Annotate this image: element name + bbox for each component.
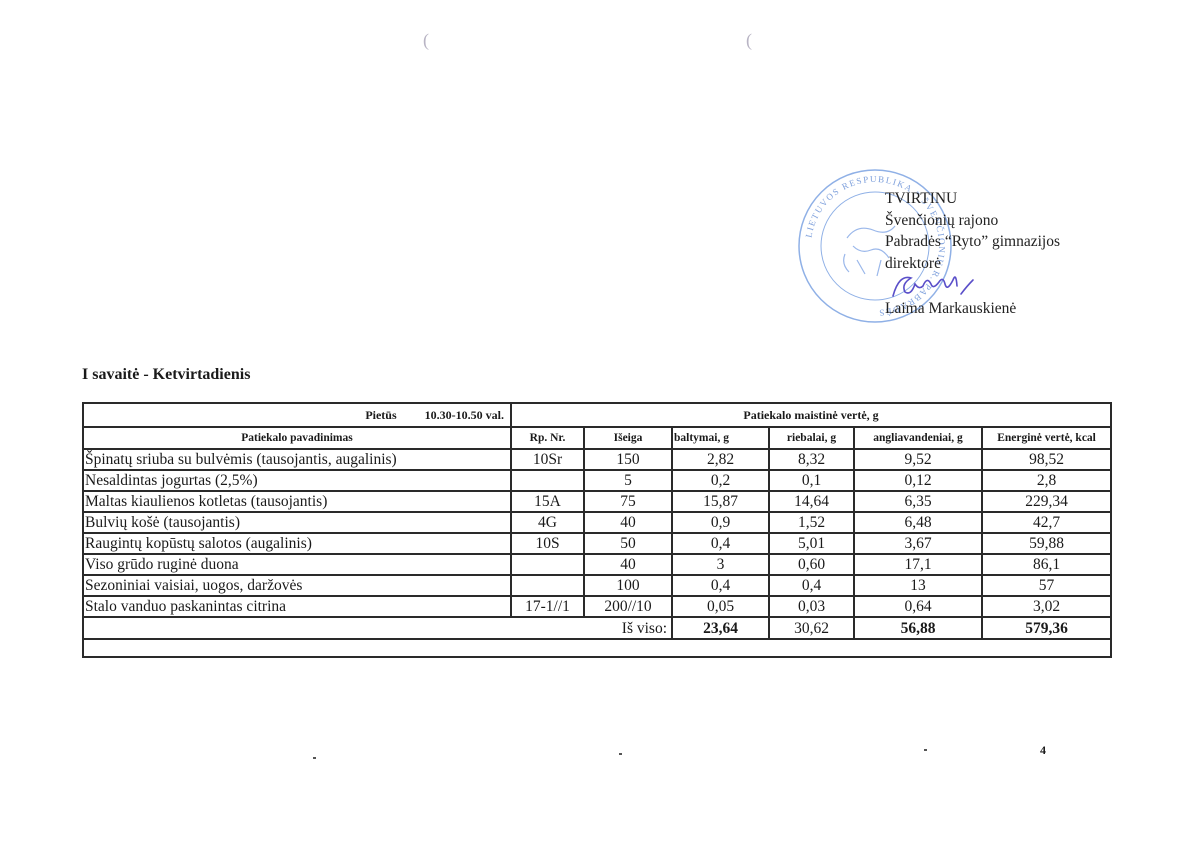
cell-energija: 57 — [982, 575, 1111, 596]
table-row: Nesaldintas jogurtas (2,5%)50,20,10,122,… — [83, 470, 1111, 491]
table-footer-cell — [83, 639, 1111, 657]
cell-energija: 59,88 — [982, 533, 1111, 554]
stray-mark: ( — [746, 30, 752, 51]
dish-name: Raugintų kopūstų salotos (augalinis) — [83, 533, 511, 554]
total-label: Iš viso: — [83, 617, 672, 639]
cell-riebalai: 0,4 — [769, 575, 854, 596]
dish-name: Nesaldintas jogurtas (2,5%) — [83, 470, 511, 491]
dish-name: Bulvių košė (tausojantis) — [83, 512, 511, 533]
total-baltymai: 23,64 — [672, 617, 769, 639]
cell-rp — [511, 470, 584, 491]
cell-angliavandeniai: 13 — [854, 575, 982, 596]
cell-iseiga: 100 — [584, 575, 672, 596]
page-number: 4 — [1040, 743, 1046, 758]
cell-iseiga: 50 — [584, 533, 672, 554]
dish-name: Stalo vanduo paskanintas citrina — [83, 596, 511, 617]
cell-rp: 17-1//1 — [511, 596, 584, 617]
cell-rp — [511, 575, 584, 596]
cell-baltymai: 15,87 — [672, 491, 769, 512]
cell-riebalai: 0,03 — [769, 596, 854, 617]
cell-riebalai: 5,01 — [769, 533, 854, 554]
col-header-iseiga: Išeiga — [584, 427, 672, 449]
cell-riebalai: 0,60 — [769, 554, 854, 575]
cell-rp: 15A — [511, 491, 584, 512]
cell-angliavandeniai: 17,1 — [854, 554, 982, 575]
cell-baltymai: 0,05 — [672, 596, 769, 617]
cell-baltymai: 2,82 — [672, 449, 769, 470]
total-angliavandeniai: 56,88 — [854, 617, 982, 639]
scan-speck — [619, 753, 622, 755]
cell-baltymai: 0,4 — [672, 533, 769, 554]
scan-speck — [924, 749, 927, 751]
dish-name: Špinatų sriuba su bulvėmis (tausojantis,… — [83, 449, 511, 470]
cell-energija: 229,34 — [982, 491, 1111, 512]
cell-angliavandeniai: 0,64 — [854, 596, 982, 617]
col-header-rp: Rp. Nr. — [511, 427, 584, 449]
cell-baltymai: 3 — [672, 554, 769, 575]
table-row: Bulvių košė (tausojantis)4G400,91,526,48… — [83, 512, 1111, 533]
cell-energija: 98,52 — [982, 449, 1111, 470]
cell-iseiga: 5 — [584, 470, 672, 491]
cell-rp: 4G — [511, 512, 584, 533]
cell-angliavandeniai: 0,12 — [854, 470, 982, 491]
meal-label: Pietūs — [365, 408, 396, 422]
col-header-angliavandeniai: angliavandeniai, g — [854, 427, 982, 449]
meal-header: Pietūs10.30-10.50 val. — [83, 403, 511, 427]
table-footer-row — [83, 639, 1111, 657]
approval-line: Pabradės “Ryto” gimnazijos — [885, 231, 1060, 253]
cell-angliavandeniai: 6,35 — [854, 491, 982, 512]
cell-iseiga: 75 — [584, 491, 672, 512]
approval-line: Švenčionių rajono — [885, 210, 1060, 232]
cell-riebalai: 14,64 — [769, 491, 854, 512]
cell-angliavandeniai: 6,48 — [854, 512, 982, 533]
cell-rp: 10S — [511, 533, 584, 554]
cell-rp — [511, 554, 584, 575]
cell-energija: 86,1 — [982, 554, 1111, 575]
cell-rp: 10Sr — [511, 449, 584, 470]
stray-mark: ( — [423, 30, 429, 51]
cell-iseiga: 150 — [584, 449, 672, 470]
table-row: Špinatų sriuba su bulvėmis (tausojantis,… — [83, 449, 1111, 470]
approval-line: TVIRTINU — [885, 188, 1060, 210]
total-energija: 579,36 — [982, 617, 1111, 639]
cell-energija: 3,02 — [982, 596, 1111, 617]
signature — [885, 274, 1060, 298]
cell-riebalai: 0,1 — [769, 470, 854, 491]
meal-time: 10.30-10.50 val. — [425, 408, 504, 422]
cell-riebalai: 8,32 — [769, 449, 854, 470]
cell-iseiga: 200//10 — [584, 596, 672, 617]
table-header-row: Patiekalo pavadinimas Rp. Nr. Išeiga bal… — [83, 427, 1111, 449]
dish-name: Maltas kiaulienos kotletas (tausojantis) — [83, 491, 511, 512]
page-title: I savaitė - Ketvirtadienis — [82, 366, 250, 384]
cell-baltymai: 0,2 — [672, 470, 769, 491]
col-header-name: Patiekalo pavadinimas — [83, 427, 511, 449]
col-header-baltymai: baltymai, g — [672, 427, 769, 449]
cell-angliavandeniai: 9,52 — [854, 449, 982, 470]
cell-energija: 42,7 — [982, 512, 1111, 533]
col-header-riebalai: riebalai, g — [769, 427, 854, 449]
col-header-energija: Energinė vertė, kcal — [982, 427, 1111, 449]
approval-block: TVIRTINU Švenčionių rajono Pabradės “Ryt… — [885, 188, 1060, 320]
cell-baltymai: 0,4 — [672, 575, 769, 596]
table-row: Viso grūdo ruginė duona4030,6017,186,1 — [83, 554, 1111, 575]
dish-name: Sezoniniai vaisiai, uogos, daržovės — [83, 575, 511, 596]
cell-energija: 2,8 — [982, 470, 1111, 491]
menu-table: Pietūs10.30-10.50 val. Patiekalo maistin… — [82, 402, 1112, 658]
cell-riebalai: 1,52 — [769, 512, 854, 533]
total-row: Iš viso: 23,64 30,62 56,88 579,36 — [83, 617, 1111, 639]
scan-speck — [313, 757, 316, 759]
total-riebalai: 30,62 — [769, 617, 854, 639]
cell-baltymai: 0,9 — [672, 512, 769, 533]
cell-angliavandeniai: 3,67 — [854, 533, 982, 554]
cell-iseiga: 40 — [584, 512, 672, 533]
table-row: Sezoniniai vaisiai, uogos, daržovės1000,… — [83, 575, 1111, 596]
table-row: Stalo vanduo paskanintas citrina17-1//12… — [83, 596, 1111, 617]
table-row: Raugintų kopūstų salotos (augalinis)10S5… — [83, 533, 1111, 554]
table-row: Maltas kiaulienos kotletas (tausojantis)… — [83, 491, 1111, 512]
nutrition-group-header: Patiekalo maistinė vertė, g — [511, 403, 1111, 427]
dish-name: Viso grūdo ruginė duona — [83, 554, 511, 575]
cell-iseiga: 40 — [584, 554, 672, 575]
table-header-group: Pietūs10.30-10.50 val. Patiekalo maistin… — [83, 403, 1111, 427]
